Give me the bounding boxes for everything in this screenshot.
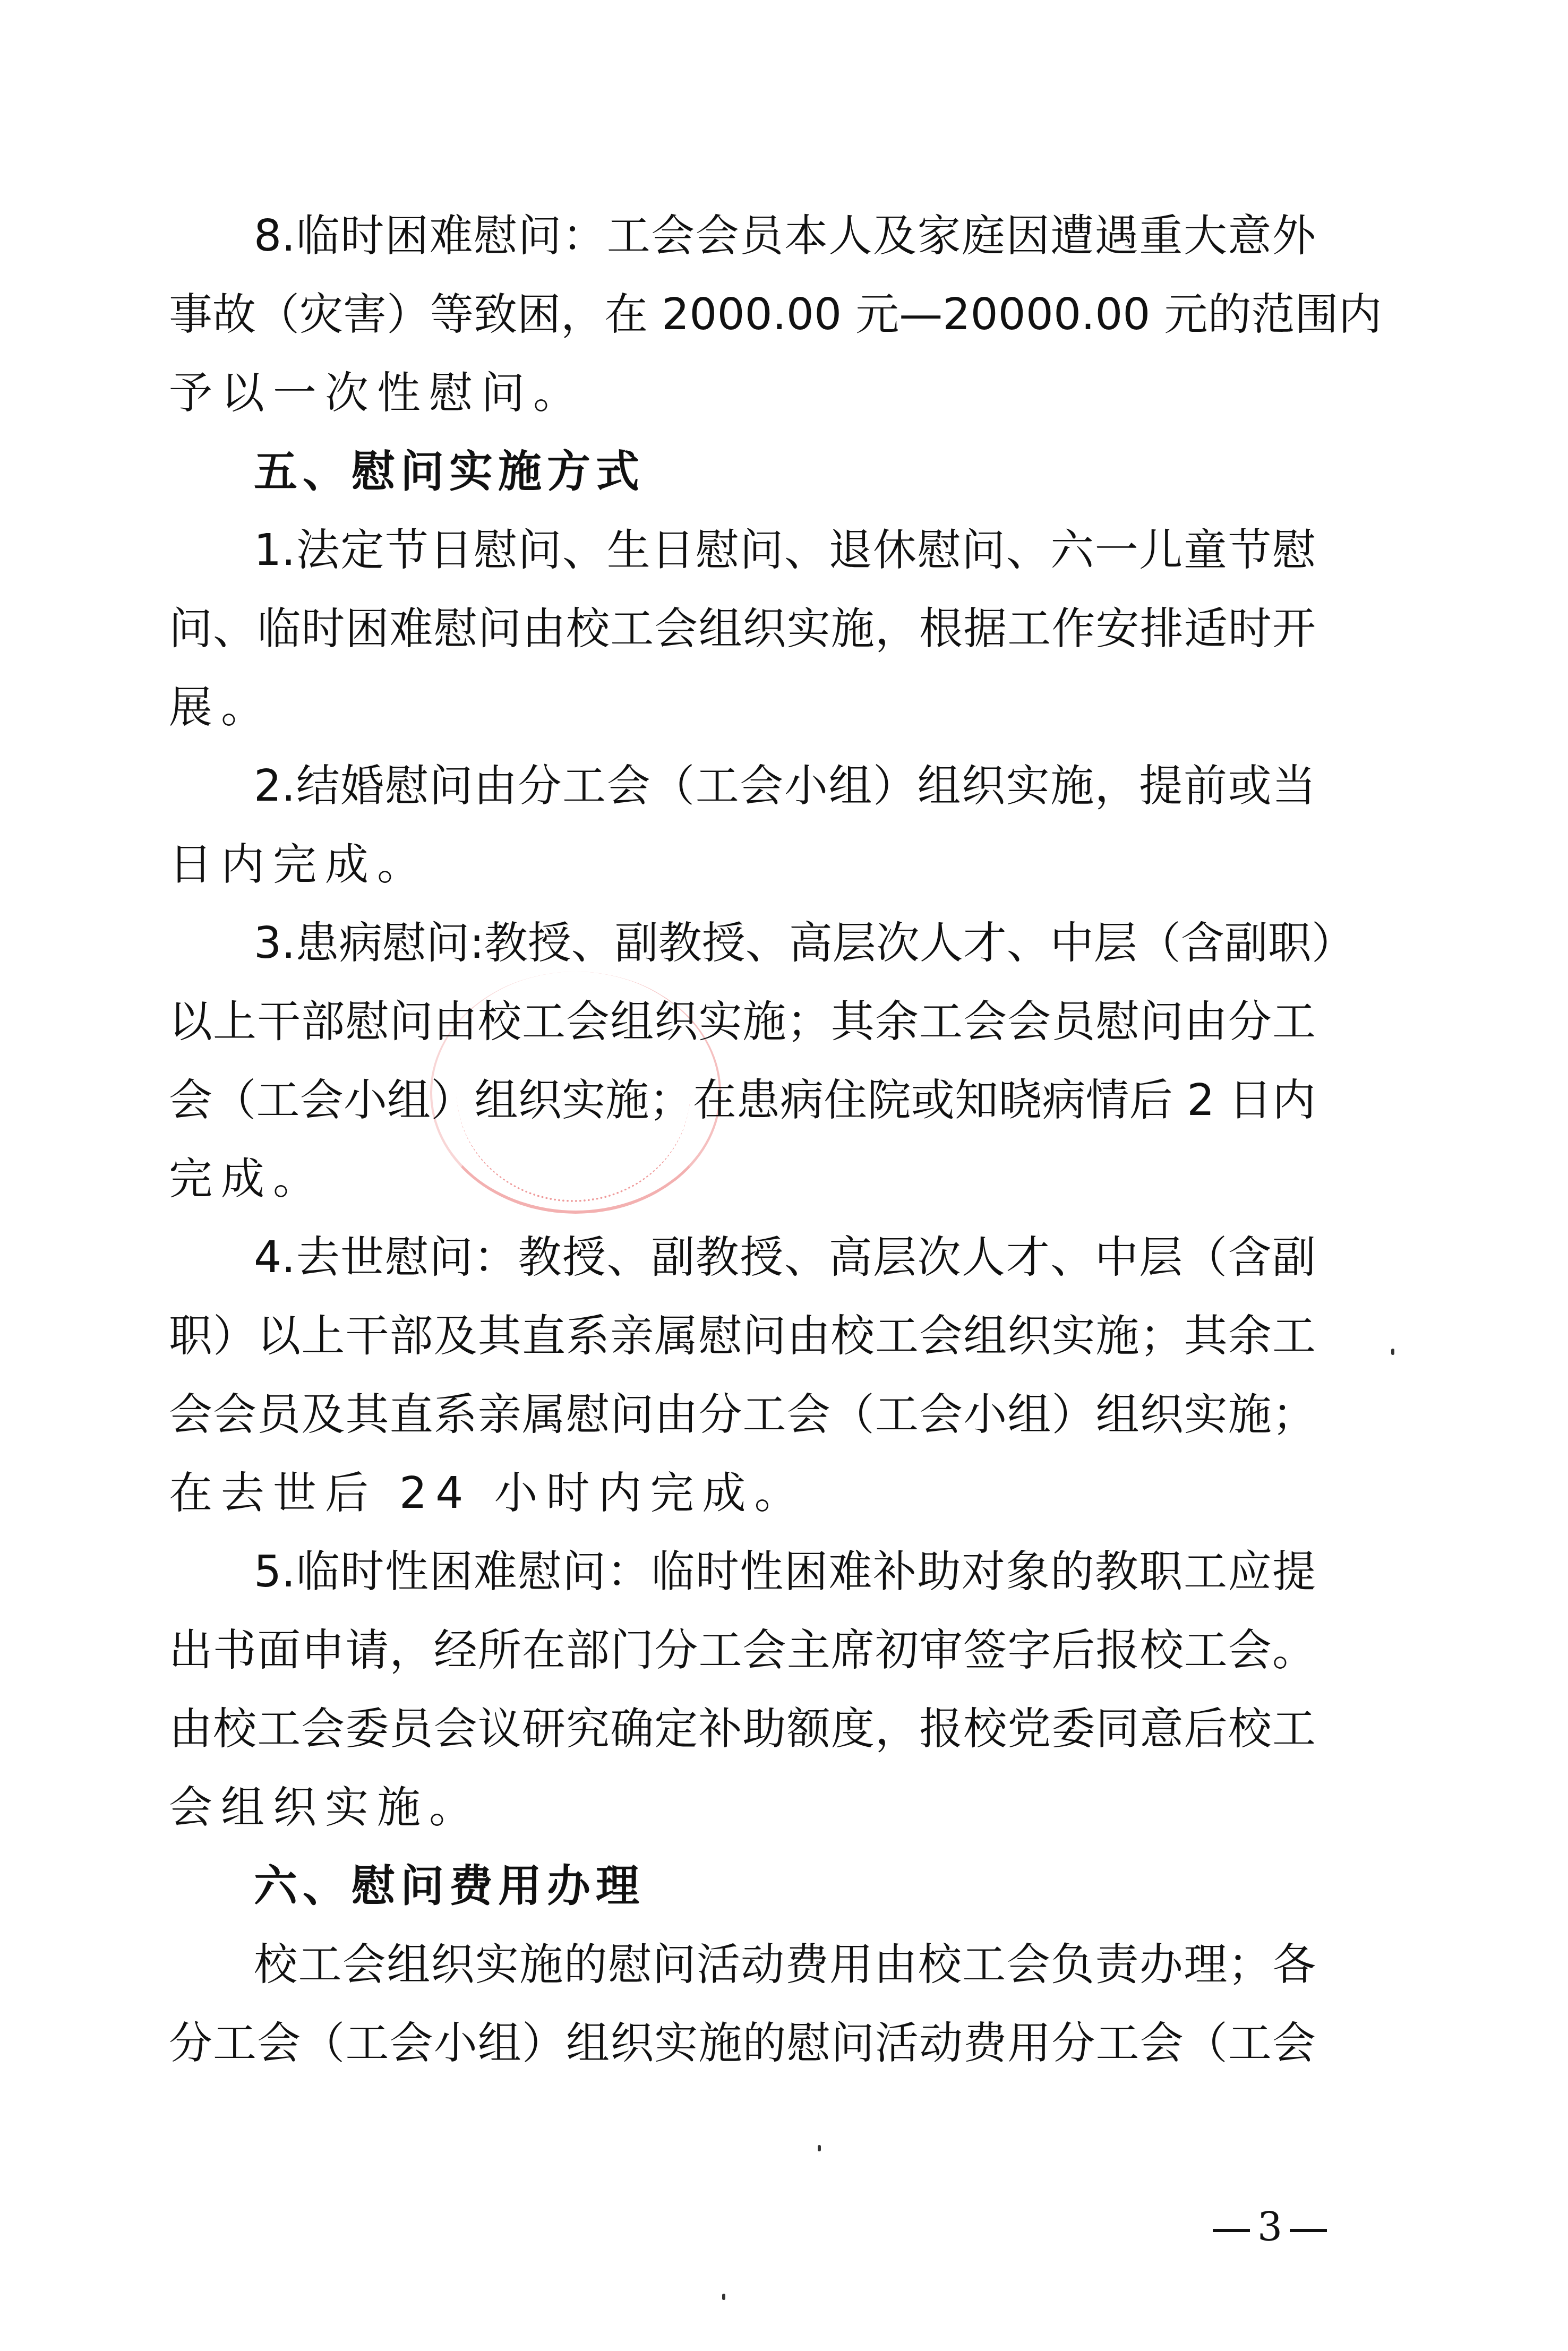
paragraph-line: 会（工会小组）组织实施；在患病住院或知晓病情后 2 日内 — [169, 1061, 1316, 1140]
dash-left — [1213, 2229, 1250, 2232]
paragraph-line: 完成。 — [169, 1139, 1316, 1219]
paragraph-line: 问、临时困难慰问由校工会组织实施，根据工作安排适时开 — [169, 589, 1316, 669]
paragraph-line: 会会员及其直系亲属慰问由分工会（工会小组）组织实施； — [169, 1375, 1316, 1455]
paragraph-line: 出书面申请，经所在部门分工会主席初审签字后报校工会。 — [169, 1611, 1316, 1691]
paragraph-line: 由校工会委员会议研究确定补助额度，报校党委同意后校工 — [169, 1689, 1316, 1769]
paragraph-line: 3.患病慰问:教授、副教授、高层次人才、中层（含副职） — [254, 904, 1316, 983]
paragraph-line: 5.临时性困难慰问：临时性困难补助对象的教职工应提 — [254, 1532, 1316, 1612]
paragraph-line: 校工会组织实施的慰问活动费用由校工会负责办理；各 — [254, 1925, 1316, 2005]
paragraph-line: 在去世后 24 小时内完成。 — [169, 1454, 1316, 1533]
dash-right — [1290, 2229, 1327, 2232]
paragraph-line: 1.法定节日慰问、生日慰问、退休慰问、六一儿童节慰 — [254, 511, 1316, 590]
paragraph-line: 分工会（工会小组）组织实施的慰问活动费用分工会（工会 — [169, 2004, 1316, 2083]
document-page: 8.临时困难慰问：工会会员本人及家庭因遭遇重大意外 事故（灾害）等致困，在 20… — [0, 0, 1568, 2351]
page-number-footer: 3 — [1205, 2203, 1333, 2251]
paragraph-line: 职）以上干部及其直系亲属慰问由校工会组织实施；其余工 — [169, 1297, 1316, 1376]
paragraph-line: 2.结婚慰问由分工会（工会小组）组织实施，提前或当 — [254, 747, 1316, 826]
section-heading: 六、慰问费用办理 — [254, 1847, 1316, 1926]
paragraph-line: 以上干部慰问由校工会组织实施；其余工会会员慰问由分工 — [169, 982, 1316, 1062]
paragraph-line: 展。 — [169, 668, 1316, 748]
paragraph-line: 事故（灾害）等致困，在 2000.00 元—20000.00 元的范围内 — [169, 275, 1316, 355]
paragraph-line: 4.去世慰问：教授、副教授、高层次人才、中层（含副 — [254, 1218, 1316, 1298]
paragraph-line: 会组织实施。 — [169, 1768, 1316, 1848]
scan-speck — [722, 2294, 725, 2300]
scan-speck — [1391, 1349, 1394, 1355]
page-number: 3 — [1257, 2204, 1282, 2250]
scan-speck — [818, 2145, 821, 2151]
section-heading: 五、慰问实施方式 — [254, 432, 1316, 512]
paragraph-line: 予以一次性慰问。 — [169, 354, 1316, 433]
paragraph-line: 8.临时困难慰问：工会会员本人及家庭因遭遇重大意外 — [254, 196, 1316, 276]
paragraph-line: 日内完成。 — [169, 825, 1316, 905]
